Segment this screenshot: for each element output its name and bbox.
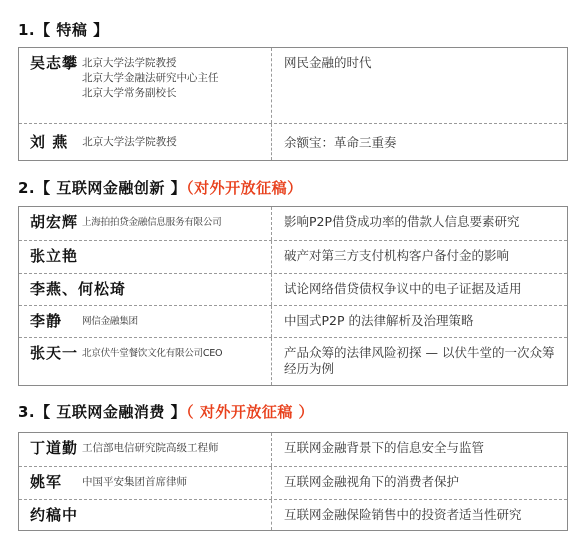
affiliation-line: 北京大学金融法研究中心主任: [82, 71, 219, 86]
section-number: 3.: [18, 403, 35, 421]
table-row: 姚军 中国平安集团首席律师 互联网金融视角下的消费者保护: [19, 466, 567, 499]
author-cell: 张天一 北京伏牛堂餐饮文化有限公司CEO: [19, 338, 272, 385]
section-2-table: 胡宏辉 上海拍拍贷金融信息服务有限公司 影响P2P借贷成功率的借款人信息要素研究…: [18, 206, 568, 386]
author-name: 姚军: [30, 472, 62, 492]
open-call-tag: （ 对外开放征稿 ）: [186, 403, 314, 421]
affiliation-line: 网信金融集团: [82, 314, 138, 329]
affiliation-line: 北京大学常务副校长: [82, 86, 219, 101]
topic-cell: 破产对第三方支付机构客户备付金的影响: [272, 241, 567, 273]
author-affiliation: 网信金融集团: [82, 311, 138, 329]
section-number: 1.: [18, 21, 35, 39]
author-name: 张天一: [30, 343, 78, 363]
table-row: 张天一 北京伏牛堂餐饮文化有限公司CEO 产品众筹的法律风险初探 — 以伏牛堂的…: [19, 337, 567, 385]
author-cell: 吴志攀 北京大学法学院教授 北京大学金融法研究中心主任 北京大学常务副校长: [19, 48, 272, 123]
author-cell: 姚军 中国平安集团首席律师: [19, 467, 272, 499]
topic-cell: 产品众筹的法律风险初探 — 以伏牛堂的一次众筹经历为例: [272, 338, 567, 385]
affiliation-line: 北京大学法学院教授: [82, 135, 177, 150]
section-1-table: 吴志攀 北京大学法学院教授 北京大学金融法研究中心主任 北京大学常务副校长 网民…: [18, 47, 568, 161]
topic-cell: 互联网金融视角下的消费者保护: [272, 467, 567, 499]
author-cell: 刘 燕 北京大学法学院教授: [19, 124, 272, 160]
author-name: 吴志攀: [30, 53, 78, 73]
table-row: 刘 燕 北京大学法学院教授 余额宝：革命三重奏: [19, 123, 567, 160]
affiliation-line: 上海拍拍贷金融信息服务有限公司: [82, 215, 221, 230]
table-row: 张立艳 破产对第三方支付机构客户备付金的影响: [19, 240, 567, 273]
section-3-table: 丁道勤 工信部电信研究院高级工程师 互联网金融背景下的信息安全与监管 姚军 中国…: [18, 432, 568, 531]
author-cell: 李燕、何松琦: [19, 274, 272, 305]
topic-cell: 互联网金融保险销售中的投资者适当性研究: [272, 500, 567, 530]
author-cell: 丁道勤 工信部电信研究院高级工程师: [19, 433, 272, 466]
section-heading: 【 特稿 】: [35, 21, 108, 39]
author-cell: 约稿中: [19, 500, 272, 530]
topic-cell: 中国式P2P 的法律解析及治理策略: [272, 306, 567, 337]
affiliation-line: 北京伏牛堂餐饮文化有限公司CEO: [82, 346, 222, 361]
affiliation-line: 中国平安集团首席律师: [82, 475, 187, 490]
table-row: 约稿中 互联网金融保险销售中的投资者适当性研究: [19, 499, 567, 530]
author-name: 胡宏辉: [30, 212, 78, 232]
section-1-title: 1.【 特稿 】: [18, 19, 109, 40]
section-3-title: 3.【 互联网金融消费 】（ 对外开放征稿 ）: [18, 401, 314, 422]
topic-cell: 余额宝：革命三重奏: [272, 124, 567, 160]
topic-cell: 试论网络借贷债权争议中的电子证据及适用: [272, 274, 567, 305]
table-row: 胡宏辉 上海拍拍贷金融信息服务有限公司 影响P2P借贷成功率的借款人信息要素研究: [19, 207, 567, 240]
table-row: 吴志攀 北京大学法学院教授 北京大学金融法研究中心主任 北京大学常务副校长 网民…: [19, 48, 567, 123]
topic-cell: 网民金融的时代: [272, 48, 567, 123]
author-name: 丁道勤: [30, 438, 78, 458]
affiliation-line: 工信部电信研究院高级工程师: [82, 441, 219, 456]
author-name: 李燕、何松琦: [30, 279, 126, 299]
affiliation-line: 北京大学法学院教授: [82, 56, 219, 71]
table-row: 李燕、何松琦 试论网络借贷债权争议中的电子证据及适用: [19, 273, 567, 305]
author-name: 约稿中: [30, 505, 78, 525]
author-cell: 李静 网信金融集团: [19, 306, 272, 337]
author-cell: 张立艳: [19, 241, 272, 273]
section-number: 2.: [18, 179, 35, 197]
author-affiliation: 北京大学法学院教授 北京大学金融法研究中心主任 北京大学常务副校长: [82, 53, 219, 101]
section-2-title: 2.【 互联网金融创新 】（对外开放征稿）: [18, 177, 303, 198]
section-heading: 【 互联网金融创新 】: [35, 179, 186, 197]
author-name: 张立艳: [30, 246, 78, 266]
author-affiliation: 中国平安集团首席律师: [82, 472, 187, 490]
section-heading: 【 互联网金融消费 】: [35, 403, 186, 421]
author-affiliation: 工信部电信研究院高级工程师: [82, 438, 219, 456]
author-affiliation: 上海拍拍贷金融信息服务有限公司: [82, 212, 221, 230]
author-affiliation: 北京大学法学院教授: [82, 132, 177, 150]
topic-cell: 影响P2P借贷成功率的借款人信息要素研究: [272, 207, 567, 240]
author-name: 李静: [30, 311, 62, 331]
author-name: 刘 燕: [30, 132, 68, 152]
author-cell: 胡宏辉 上海拍拍贷金融信息服务有限公司: [19, 207, 272, 240]
table-row: 李静 网信金融集团 中国式P2P 的法律解析及治理策略: [19, 305, 567, 337]
table-row: 丁道勤 工信部电信研究院高级工程师 互联网金融背景下的信息安全与监管: [19, 433, 567, 466]
author-affiliation: 北京伏牛堂餐饮文化有限公司CEO: [82, 343, 222, 361]
topic-cell: 互联网金融背景下的信息安全与监管: [272, 433, 567, 466]
open-call-tag: （对外开放征稿）: [186, 179, 303, 197]
